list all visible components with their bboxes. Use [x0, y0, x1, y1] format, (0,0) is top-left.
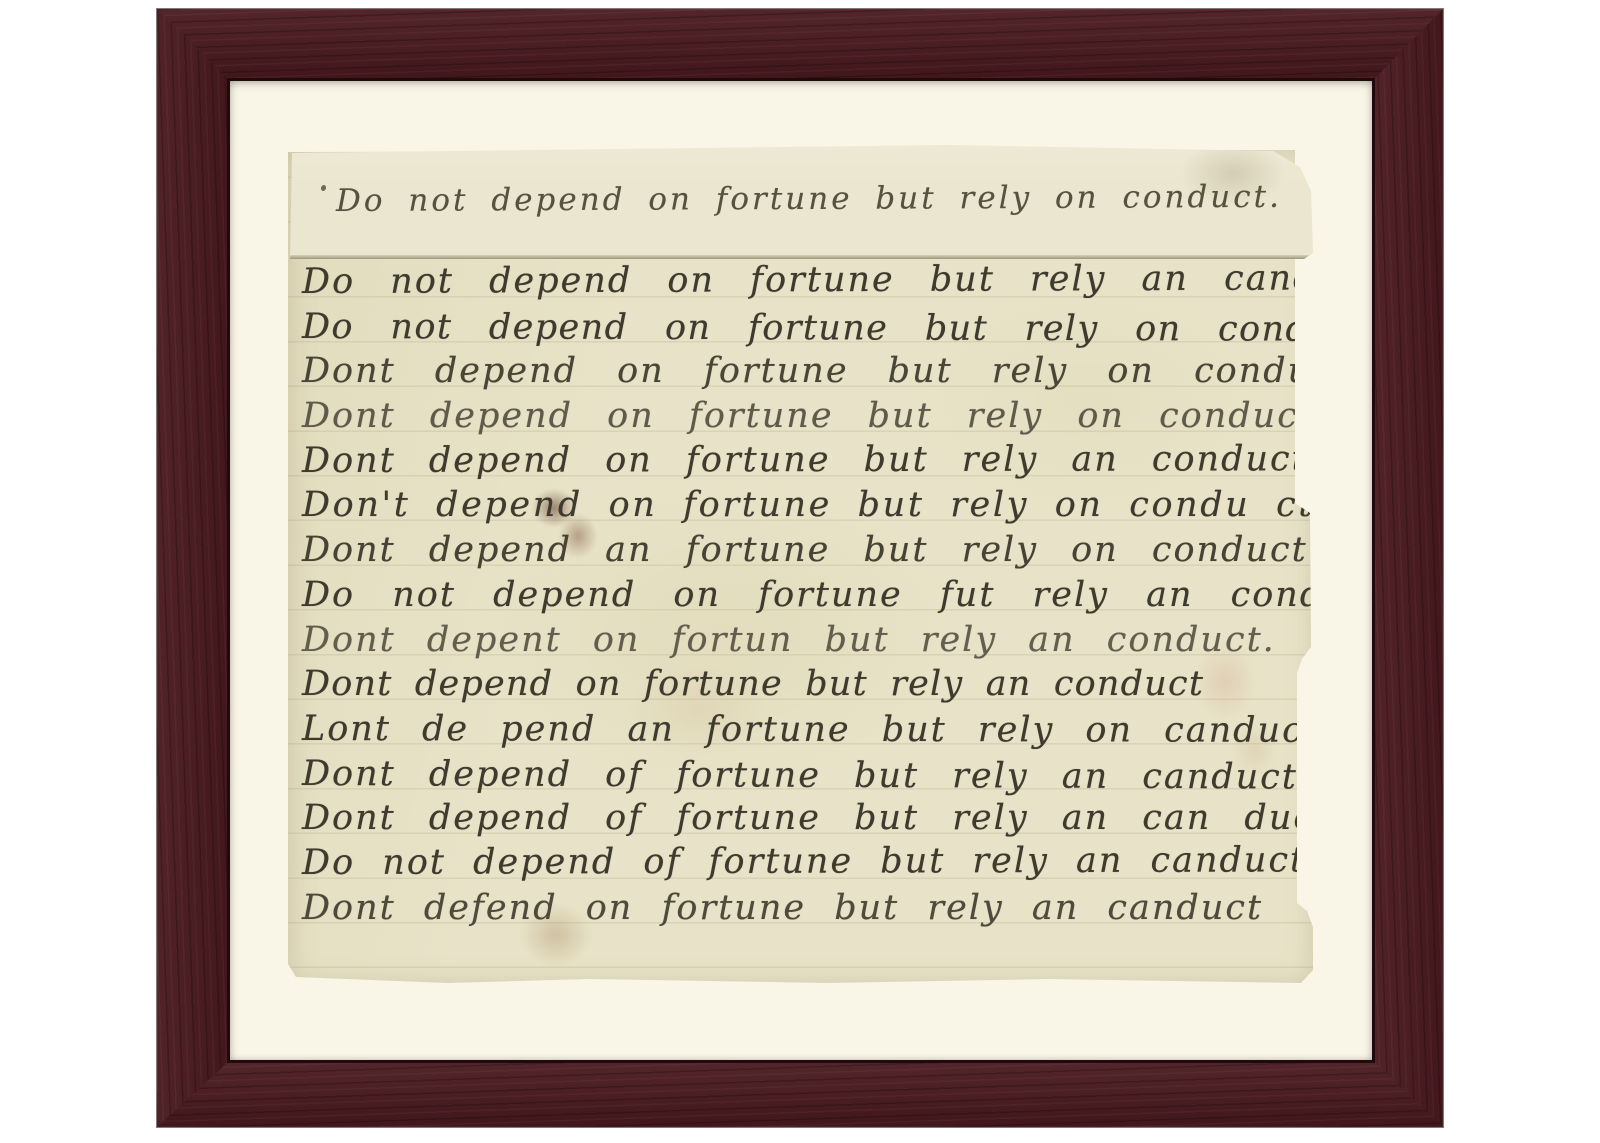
framed-artwork-photo: Do not depend on fortune but rely an can…	[0, 0, 1600, 1143]
mat-board: Do not depend on fortune but rely an can…	[227, 78, 1375, 1063]
exemplar-line: Do not depend on fortune but rely on con…	[336, 179, 1282, 219]
frame-bottom-rail	[157, 1063, 1443, 1127]
paper-edge-shading	[288, 150, 1314, 985]
ink-dot	[320, 184, 327, 191]
practice-sheet: Do not depend on fortune but rely an can…	[288, 150, 1314, 985]
picture-frame: Do not depend on fortune but rely an can…	[157, 9, 1443, 1127]
exemplar-strip: Do not depend on fortune but rely on con…	[288, 143, 1314, 259]
frame-left-rail	[157, 9, 227, 1127]
frame-top-rail	[157, 9, 1443, 78]
strip-bottom-edge	[288, 255, 1314, 259]
frame-right-rail	[1375, 9, 1443, 1127]
